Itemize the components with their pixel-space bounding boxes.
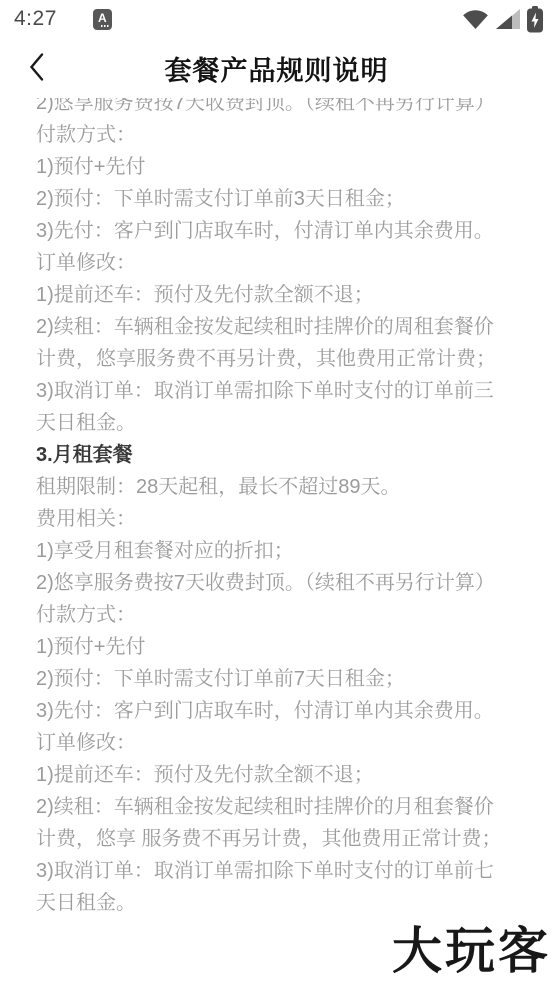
- rules-document: 2)悠享服务费按7天收费封顶。（续租不再另行计算）付款方式：1)预付+先付2)预…: [36, 98, 533, 919]
- rule-paragraph: 2)悠享服务费按7天收费封顶。（续租不再另行计算）: [36, 98, 533, 119]
- status-icons: [462, 6, 543, 33]
- rule-paragraph: 2)预付：下单时需支付订单前7天日租金；: [36, 663, 533, 695]
- rule-paragraph: 租期限制：28天起租，最长不超过89天。: [36, 471, 533, 503]
- rule-paragraph: 1)预付+先付: [36, 631, 533, 663]
- rule-paragraph: 1)享受月租套餐对应的折扣；: [36, 535, 533, 567]
- rule-paragraph: 订单修改：: [36, 727, 533, 759]
- rule-paragraph: 付款方式：: [36, 119, 533, 151]
- ime-a-badge-icon: A: [93, 9, 112, 30]
- battery-charging-icon: [527, 6, 543, 33]
- wifi-icon: [462, 8, 489, 30]
- rule-paragraph: 2)续租：车辆租金按发起续租时挂牌价的月租套餐价 计费，悠享 服务费不再另计费，…: [36, 791, 533, 855]
- ime-badge-letter: A: [98, 12, 107, 24]
- rule-paragraph: 付款方式：: [36, 599, 533, 631]
- section-heading: 3.月租套餐: [36, 439, 533, 471]
- rule-paragraph: 2)续租：车辆租金按发起续租时挂牌价的周租套餐价 计费，悠享服务费不再另计费，其…: [36, 311, 533, 375]
- page-title: 套餐产品规则说明: [165, 49, 389, 88]
- rule-paragraph: 费用相关：: [36, 503, 533, 535]
- rule-paragraph: 2)预付：下单时需支付订单前3天日租金；: [36, 183, 533, 215]
- rule-paragraph: 3)先付：客户到门店取车时，付清订单内其余费用。: [36, 215, 533, 247]
- chevron-left-icon: [27, 51, 47, 86]
- rule-paragraph: 3)取消订单：取消订单需扣除下单时支付的订单前七 天日租金。: [36, 855, 533, 919]
- back-button[interactable]: [20, 50, 54, 86]
- rule-paragraph: 1)提前还车：预付及先付款全额不退；: [36, 279, 533, 311]
- rule-paragraph: 1)预付+先付: [36, 151, 533, 183]
- header: 套餐产品规则说明: [0, 38, 553, 98]
- rule-paragraph: 1)提前还车：预付及先付款全额不退；: [36, 759, 533, 791]
- rule-paragraph: 订单修改：: [36, 247, 533, 279]
- rule-paragraph: 3)先付：客户到门店取车时，付清订单内其余费用。: [36, 695, 533, 727]
- rule-paragraph: 2)悠享服务费按7天收费封顶。（续租不再另行计算）: [36, 567, 533, 599]
- status-time: 4:27: [14, 7, 57, 31]
- rule-paragraph: 3)取消订单：取消订单需扣除下单时支付的订单前三 天日租金。: [36, 375, 533, 439]
- ime-badge-dots: [101, 25, 109, 27]
- rules-scroll-area[interactable]: 2)悠享服务费按7天收费封顶。（续租不再另行计算）付款方式：1)预付+先付2)预…: [0, 98, 553, 984]
- status-bar: 4:27 A: [0, 0, 553, 38]
- cellular-signal-icon: [496, 9, 520, 29]
